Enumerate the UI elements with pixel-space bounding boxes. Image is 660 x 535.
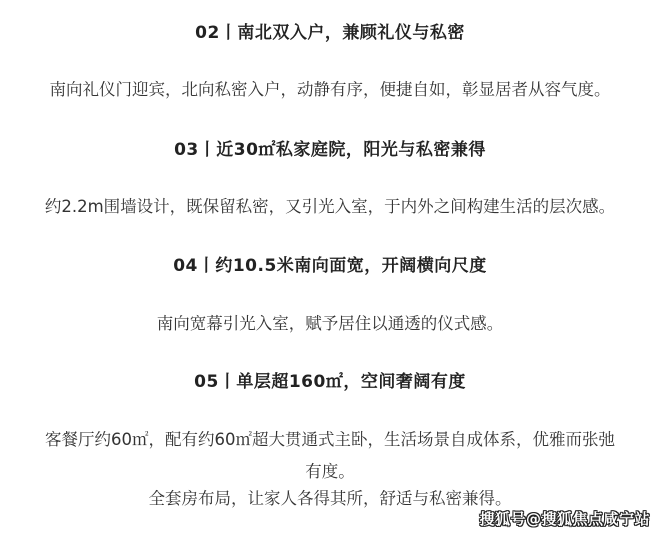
section-paragraph-03: 约2.2m围墙设计，既保留私密，又引光入室，于内外之间构建生活的层次感。 <box>0 196 660 218</box>
section-paragraph-05-line1: 客餐厅约60㎡，配有约60㎡超大贯通式主卧，生活场景自成体系，优雅而张弛 <box>0 429 660 451</box>
section-heading-05: 05丨单层超160㎡，空间奢阔有度 <box>0 371 660 393</box>
section-heading-04: 04丨约10.5米南向面宽，开阔横向尺度 <box>0 255 660 277</box>
source-watermark: 搜狐号@搜狐焦点咸宁站 <box>479 508 650 529</box>
section-heading-02: 02丨南北双入户，兼顾礼仪与私密 <box>0 22 660 44</box>
section-heading-03: 03丨近30㎡私家庭院，阳光与私密兼得 <box>0 139 660 161</box>
section-paragraph-05-line2: 有度。 <box>0 461 660 483</box>
section-paragraph-02: 南向礼仪门迎宾，北向私密入户，动静有序，便捷自如，彰显居者从容气度。 <box>0 79 660 101</box>
section-paragraph-05-line3: 全套房布局，让家人各得其所，舒适与私密兼得。 <box>0 488 660 510</box>
section-paragraph-04: 南向宽幕引光入室，赋予居住以通透的仪式感。 <box>0 313 660 335</box>
